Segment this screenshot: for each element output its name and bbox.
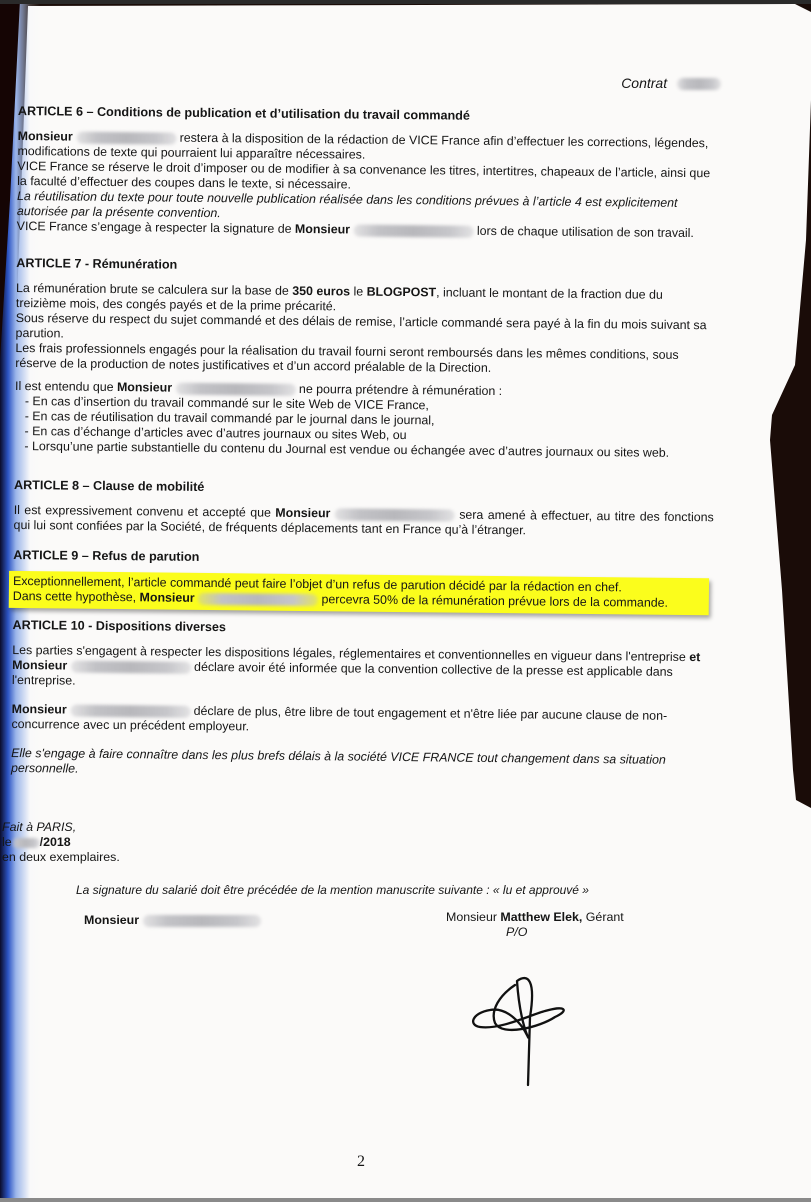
monsieur-label: Monsieur — [117, 380, 172, 395]
redacted-name — [70, 704, 190, 717]
monsieur-label: Monsieur — [140, 590, 195, 605]
redacted-name — [198, 593, 318, 606]
employee-signature-block: Monsieur — [84, 913, 261, 927]
article-7: ARTICLE 7 - Rémunération La rémunération… — [14, 256, 716, 461]
amount: 350 euros — [292, 284, 350, 299]
closing-copies: en deux exemplaires. — [2, 850, 120, 865]
paragraph-text: Dans cette hypothèse, — [13, 589, 140, 604]
redacted-date — [12, 838, 40, 848]
article-6: ARTICLE 6 – Conditions de publication et… — [17, 104, 718, 241]
paragraph-text: La rémunération brute se calculera sur l… — [16, 281, 292, 298]
article-7-paragraph-3: Les frais professionnels engagés pour la… — [15, 341, 715, 378]
handwritten-signature — [470, 965, 580, 1090]
paragraph-text: Il est entendu que — [15, 379, 117, 394]
monsieur-label: Monsieur — [275, 506, 330, 521]
paragraph-text: Il est expressivement convenu et accepté… — [14, 503, 276, 520]
employer-prefix: Monsieur — [446, 910, 500, 924]
paragraph-text: VICE France s’engage à respecter la sign… — [17, 219, 295, 236]
article-10: ARTICLE 10 - Dispositions diverses Les p… — [11, 618, 713, 783]
monsieur-label: Monsieur — [295, 222, 350, 237]
employer-role: Gérant — [582, 910, 623, 924]
monsieur-label: Monsieur — [18, 129, 73, 144]
header-label: Contrat — [621, 75, 667, 91]
page-header: Contrat — [621, 75, 721, 91]
closing-block: Fait à PARIS, le/2018 en deux exemplaire… — [2, 820, 120, 865]
page-number: 2 — [357, 1153, 365, 1171]
redacted-contract-number — [677, 78, 721, 90]
article-8: ARTICLE 8 – Clause de mobilité Il est ex… — [14, 478, 715, 540]
top-frame — [0, 0, 811, 4]
bottom-frame — [0, 1198, 811, 1202]
signature-mention: La signature du salarié doit être précéd… — [76, 883, 589, 897]
employer-signature-block: Monsieur Matthew Elek, Gérant P/O — [446, 910, 624, 940]
per-order-label: P/O — [446, 925, 624, 940]
paragraph-text: le — [350, 284, 367, 298]
date-prefix: le — [2, 835, 12, 849]
paragraph-text: lors de chaque utilisation de son travai… — [473, 224, 694, 240]
closing-date: le/2018 — [2, 835, 120, 850]
unit: BLOGPOST — [367, 285, 437, 300]
article-10-paragraph-1: Les parties s'engagent à respecter les d… — [12, 643, 712, 695]
redacted-name — [76, 131, 176, 144]
article-10-paragraph-2: Monsieur déclare de plus, être libre de … — [11, 702, 711, 739]
redacted-name — [143, 915, 261, 927]
article-9: ARTICLE 9 – Refus de parution Exceptionn… — [13, 548, 714, 615]
redacted-name — [335, 508, 455, 521]
monsieur-label: Monsieur — [12, 702, 67, 717]
paragraph-text: ne pourra prétendre à rémunération : — [295, 382, 502, 398]
employee-label: Monsieur — [84, 913, 139, 927]
closing-place: Fait à PARIS, — [2, 820, 120, 835]
redacted-name — [353, 224, 473, 237]
paragraph-text: percevra 50% de la rémunération prévue l… — [318, 592, 668, 610]
redacted-name — [71, 660, 191, 673]
highlighted-clause: Exceptionnellement, l’article commandé p… — [9, 571, 709, 615]
redacted-name — [175, 382, 295, 395]
date-year: /2018 — [40, 835, 71, 849]
employer-name: Matthew Elek, — [500, 910, 582, 924]
non-remuneration-list: En cas d’insertion du travail commandé s… — [14, 394, 715, 461]
